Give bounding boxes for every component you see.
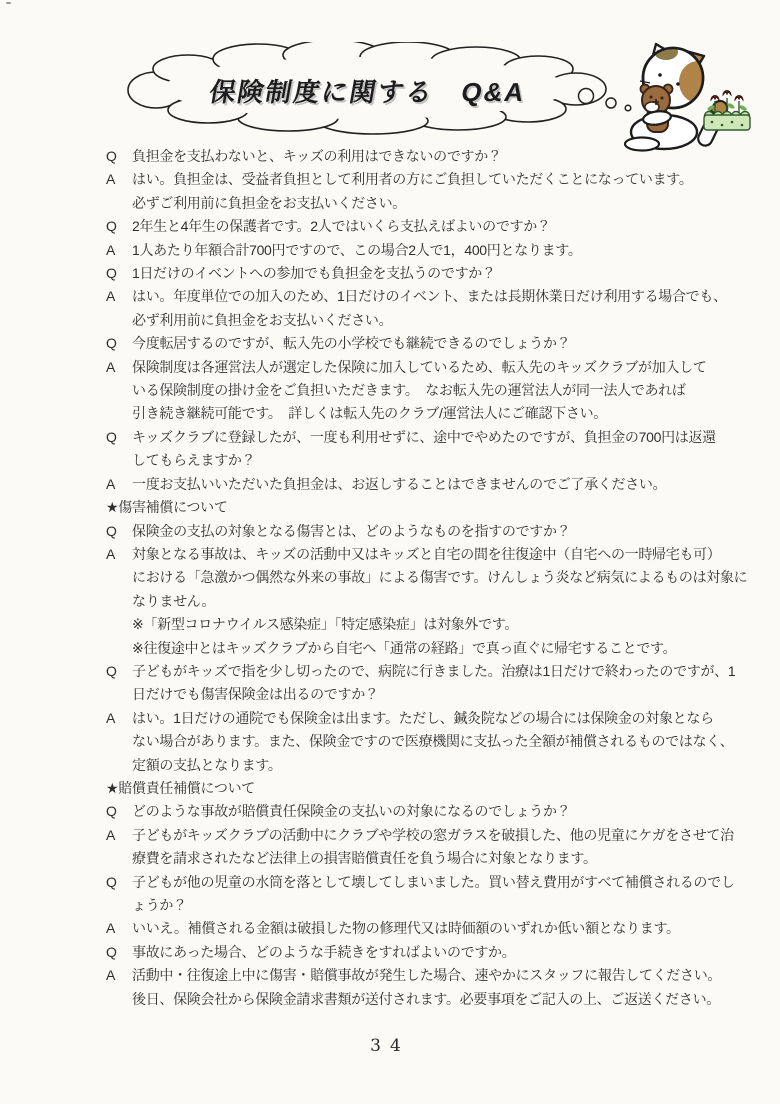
- note-row: ※往復途中とはキッズクラブから自宅へ「通常の経路」で真っ直ぐに帰宅することです。: [106, 637, 766, 660]
- question-row: Q今度転居するのですが、転入先の小学校でも継続できるのでしょうか？: [106, 332, 766, 355]
- row-marker: ★: [106, 777, 118, 800]
- row-marker: A: [106, 824, 132, 847]
- text-line: 1人あたり年額合計700円ですので、この場合2人で1，400円となります。: [132, 239, 766, 262]
- question-row: Q2年生と4年生の保護者です。2人ではいくら支払えばよいのですか？: [106, 215, 766, 238]
- row-marker: A: [106, 356, 132, 379]
- answer-row: A対象となる事故は、キッズの活動中又はキッズと自宅の間を往復途中（自宅への一時帰…: [106, 543, 766, 613]
- question-row: Q負担金を支払わないと、キッズの利用はできないのですか？: [106, 145, 766, 168]
- row-marker: A: [106, 543, 132, 566]
- row-text: 傷害補償について: [118, 496, 766, 519]
- text-line: いいえ。補償される金額は破損した物の修理代又は時価額のいずれか低い額となります。: [132, 917, 766, 940]
- row-marker: Q: [106, 215, 132, 238]
- answer-row: A一度お支払いいただいた負担金は、お返しすることはできませんのでご了承ください。: [106, 473, 766, 496]
- text-line: どのような事故が賠償責任保険金の支払いの対象になるのでしょうか？: [132, 800, 766, 823]
- row-text: 対象となる事故は、キッズの活動中又はキッズと自宅の間を往復途中（自宅への一時帰宅…: [132, 543, 766, 613]
- row-text: どのような事故が賠償責任保険金の支払いの対象になるのでしょうか？: [132, 800, 766, 823]
- text-line: 定額の支払となります。: [132, 754, 766, 777]
- row-marker: Q: [106, 262, 132, 285]
- question-row: Q1日だけのイベントへの参加でも負担金を支払うのですか？: [106, 262, 766, 285]
- answer-row: Aはい。1日だけの通院でも保険金は出ます。ただし、鍼灸院などの場合には保険金の対…: [106, 707, 766, 777]
- text-line: ょうか？: [132, 894, 766, 917]
- text-line: 今度転居するのですが、転入先の小学校でも継続できるのでしょうか？: [132, 332, 766, 355]
- text-line: 一度お支払いいただいた負担金は、お返しすることはできませんのでご了承ください。: [132, 473, 766, 496]
- text-line: ない場合があります。また、保険金ですので医療機関に支払った全額が補償されるもので…: [132, 730, 766, 753]
- text-line: 必ずご利用前に負担金をお支払いください。: [132, 192, 766, 215]
- row-text: 事故にあった場合、どのような手続きをすればよいのですか。: [132, 941, 766, 964]
- row-marker: Q: [106, 426, 132, 449]
- row-text: キッズクラブに登録したが、一度も利用せずに、途中でやめたのですが、負担金の700…: [132, 426, 766, 473]
- answer-row: A1人あたり年額合計700円ですので、この場合2人で1，400円となります。: [106, 239, 766, 262]
- row-text: 賠償責任補償について: [118, 777, 766, 800]
- row-text: はい。1日だけの通院でも保険金は出ます。ただし、鍼灸院などの場合には保険金の対象…: [132, 707, 766, 777]
- cat-with-teddy-illustration: [612, 40, 752, 154]
- text-line: なりません。: [132, 590, 766, 613]
- answer-row: Aはい。負担金は、受益者負担として利用者の方にご負担していただくことになっていま…: [106, 168, 766, 215]
- note-row: ※「新型コロナウイルス感染症」「特定感染症」は対象外です。: [106, 613, 766, 636]
- row-marker: ※: [132, 613, 143, 636]
- row-marker: Q: [106, 871, 132, 894]
- text-line: 子どもが他の児童の水筒を落として壊してしまいました。買い替え費用がすべて補償され…: [132, 871, 766, 894]
- row-text: 1日だけのイベントへの参加でも負担金を支払うのですか？: [132, 262, 766, 285]
- qa-list: Q負担金を支払わないと、キッズの利用はできないのですか？Aはい。負担金は、受益者…: [106, 145, 766, 1011]
- answer-row: Aはい。年度単位での加入のため、1日だけのイベント、または長期休業日だけ利用する…: [106, 285, 766, 332]
- row-marker: A: [106, 168, 132, 191]
- tulip-planter-icon: [704, 91, 750, 131]
- row-text: 1人あたり年額合計700円ですので、この場合2人で1，400円となります。: [132, 239, 766, 262]
- text-line: 引き続き継続可能です。 詳しくは転入先のクラブ/運営法人にご確認下さい。: [132, 402, 766, 425]
- row-text: 一度お支払いいただいた負担金は、お返しすることはできませんのでご了承ください。: [132, 473, 766, 496]
- text-line: 対象となる事故は、キッズの活動中又はキッズと自宅の間を往復途中（自宅への一時帰宅…: [132, 543, 766, 566]
- row-marker: Q: [106, 520, 132, 543]
- text-line: 負担金を支払わないと、キッズの利用はできないのですか？: [132, 145, 766, 168]
- document-page: 保険制度に関する Q&A: [0, 0, 780, 1104]
- text-line: 賠償責任補償について: [118, 777, 766, 800]
- row-text: 今度転居するのですが、転入先の小学校でも継続できるのでしょうか？: [132, 332, 766, 355]
- row-marker: Q: [106, 145, 132, 168]
- row-marker: A: [106, 239, 132, 262]
- row-marker: Q: [106, 332, 132, 355]
- page-number: 34: [0, 1036, 780, 1056]
- question-row: Q事故にあった場合、どのような手続きをすればよいのですか。: [106, 941, 766, 964]
- text-line: してもらえますか？: [132, 449, 766, 472]
- text-line: 日だけでも傷害保険金は出るのですか？: [132, 683, 766, 706]
- text-line: 必ず利用前に負担金をお支払いください。: [132, 309, 766, 332]
- text-line: 1日だけのイベントへの参加でも負担金を支払うのですか？: [132, 262, 766, 285]
- question-row: Q子どもが他の児童の水筒を落として壊してしまいました。買い替え費用がすべて補償さ…: [106, 871, 766, 918]
- section-heading: ★賠償責任補償について: [106, 777, 766, 800]
- text-line: 事故にあった場合、どのような手続きをすればよいのですか。: [132, 941, 766, 964]
- text-line: 「新型コロナウイルス感染症」「特定感染症」は対象外です。: [143, 613, 766, 636]
- row-text: 子どもが他の児童の水筒を落として壊してしまいました。買い替え費用がすべて補償され…: [132, 871, 766, 918]
- row-marker: A: [106, 917, 132, 940]
- question-row: Qどのような事故が賠償責任保険金の支払いの対象になるのでしょうか？: [106, 800, 766, 823]
- page-title: 保険制度に関する Q&A: [110, 42, 627, 138]
- row-text: 負担金を支払わないと、キッズの利用はできないのですか？: [132, 145, 766, 168]
- row-marker: ★: [106, 496, 118, 519]
- text-line: キッズクラブに登録したが、一度も利用せずに、途中でやめたのですが、負担金の700…: [132, 426, 766, 449]
- row-marker: A: [106, 707, 132, 730]
- row-text: 往復途中とはキッズクラブから自宅へ「通常の経路」で真っ直ぐに帰宅することです。: [143, 637, 766, 660]
- text-line: はい。年度単位での加入のため、1日だけのイベント、または長期休業日だけ利用する場…: [132, 285, 766, 308]
- row-marker: ※: [132, 637, 143, 660]
- answer-row: Aいいえ。補償される金額は破損した物の修理代又は時価額のいずれか低い額となります…: [106, 917, 766, 940]
- text-line: 保険金の支払の対象となる傷害とは、どのようなものを指すのですか？: [132, 520, 766, 543]
- answer-row: A子どもがキッズクラブの活動中にクラブや学校の窓ガラスを破損した、他の児童にケガ…: [106, 824, 766, 871]
- row-text: 子どもがキッズで指を少し切ったので、病院に行きました。治療は1日だけで終わったの…: [132, 660, 766, 707]
- row-text: 「新型コロナウイルス感染症」「特定感染症」は対象外です。: [143, 613, 766, 636]
- section-heading: ★傷害補償について: [106, 496, 766, 519]
- row-marker: Q: [106, 660, 132, 683]
- text-line: はい。1日だけの通院でも保険金は出ます。ただし、鍼灸院などの場合には保険金の対象…: [132, 707, 766, 730]
- row-text: 2年生と4年生の保護者です。2人ではいくら支払えばよいのですか？: [132, 215, 766, 238]
- row-marker: A: [106, 473, 132, 496]
- question-row: Q子どもがキッズで指を少し切ったので、病院に行きました。治療は1日だけで終わった…: [106, 660, 766, 707]
- row-text: 子どもがキッズクラブの活動中にクラブや学校の窓ガラスを破損した、他の児童にケガを…: [132, 824, 766, 871]
- text-line: 療費を請求されたなど法律上の損害賠償責任を負う場合に対象となります。: [132, 847, 766, 870]
- row-text: 保険金の支払の対象となる傷害とは、どのようなものを指すのですか？: [132, 520, 766, 543]
- text-line: いる保険制度の掛け金をご負担いただきます。 なお転入先の運営法人が同一法人であれ…: [132, 379, 766, 402]
- text-line: 保険制度は各運営法人が選定した保険に加入しているため、転入先のキッズクラブが加入…: [132, 356, 766, 379]
- text-line: 2年生と4年生の保護者です。2人ではいくら支払えばよいのですか？: [132, 215, 766, 238]
- text-line: 活動中・往復途上中に傷害・賠償事故が発生した場合、速やかにスタッフに報告してくだ…: [132, 964, 766, 987]
- row-text: 活動中・往復途上中に傷害・賠償事故が発生した場合、速やかにスタッフに報告してくだ…: [132, 964, 766, 1011]
- row-marker: A: [106, 964, 132, 987]
- question-row: Qキッズクラブに登録したが、一度も利用せずに、途中でやめたのですが、負担金の70…: [106, 426, 766, 473]
- row-text: いいえ。補償される金額は破損した物の修理代又は時価額のいずれか低い額となります。: [132, 917, 766, 940]
- row-text: はい。負担金は、受益者負担として利用者の方にご負担していただくことになっています…: [132, 168, 766, 215]
- row-marker: Q: [106, 800, 132, 823]
- row-marker: Q: [106, 941, 132, 964]
- answer-row: A活動中・往復途上中に傷害・賠償事故が発生した場合、速やかにスタッフに報告してく…: [106, 964, 766, 1011]
- row-text: 保険制度は各運営法人が選定した保険に加入しているため、転入先のキッズクラブが加入…: [132, 356, 766, 426]
- title-banner: 保険制度に関する Q&A: [118, 42, 618, 138]
- question-row: Q保険金の支払の対象となる傷害とは、どのようなものを指すのですか？: [106, 520, 766, 543]
- answer-row: A保険制度は各運営法人が選定した保険に加入しているため、転入先のキッズクラブが加…: [106, 356, 766, 426]
- text-line: 子どもがキッズクラブの活動中にクラブや学校の窓ガラスを破損した、他の児童にケガを…: [132, 824, 766, 847]
- text-line: 子どもがキッズで指を少し切ったので、病院に行きました。治療は1日だけで終わったの…: [132, 660, 766, 683]
- row-marker: A: [106, 285, 132, 308]
- text-line: 傷害補償について: [118, 496, 766, 519]
- text-line: における「急激かつ偶然な外来の事故」による傷害です。けんしょう炎など病気によるも…: [132, 566, 766, 589]
- scan-speck: [6, 2, 11, 4]
- row-text: はい。年度単位での加入のため、1日だけのイベント、または長期休業日だけ利用する場…: [132, 285, 766, 332]
- text-line: はい。負担金は、受益者負担として利用者の方にご負担していただくことになっています…: [132, 168, 766, 191]
- text-line: 後日、保険会社から保険金請求書類が送付されます。必要事項をご記入の上、ご返送くだ…: [132, 988, 766, 1011]
- text-line: 往復途中とはキッズクラブから自宅へ「通常の経路」で真っ直ぐに帰宅することです。: [143, 637, 766, 660]
